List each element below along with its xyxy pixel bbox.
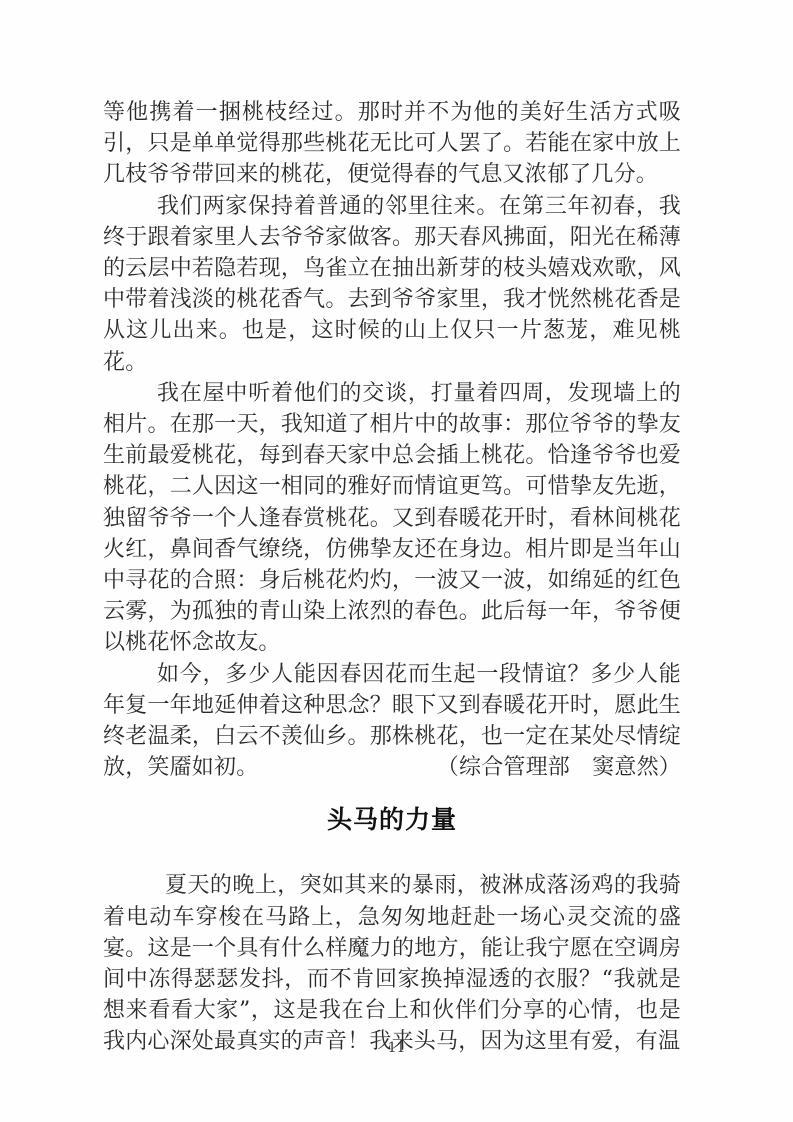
paragraph: 等他携着一捆桃枝经过。那时并不为他的美好生活方式吸引，只是单单觉得那些桃花无比可…	[103, 97, 681, 191]
article-title: 头马的力量	[103, 805, 681, 835]
paragraph: 夏天的晚上，突如其来的暴雨，被淋成落汤鸡的我骑着电动车穿梭在马路上，急匆匆地赶赴…	[103, 870, 681, 1057]
text-column: 等他携着一捆桃枝经过。那时并不为他的美好生活方式吸引，只是单单觉得那些桃花无比可…	[103, 97, 681, 1058]
paragraph: 我在屋中听着他们的交谈，打量着四周，发现墙上的相片。在那一天，我知道了相片中的故…	[103, 378, 681, 659]
document-page: 等他携着一捆桃枝经过。那时并不为他的美好生活方式吸引，只是单单觉得那些桃花无比可…	[0, 0, 793, 1122]
page-number: 11	[0, 1040, 793, 1056]
paragraph: 我们两家保持着普通的邻里往来。在第三年初春，我终于跟着家里人去爷爷家做客。那天春…	[103, 191, 681, 378]
